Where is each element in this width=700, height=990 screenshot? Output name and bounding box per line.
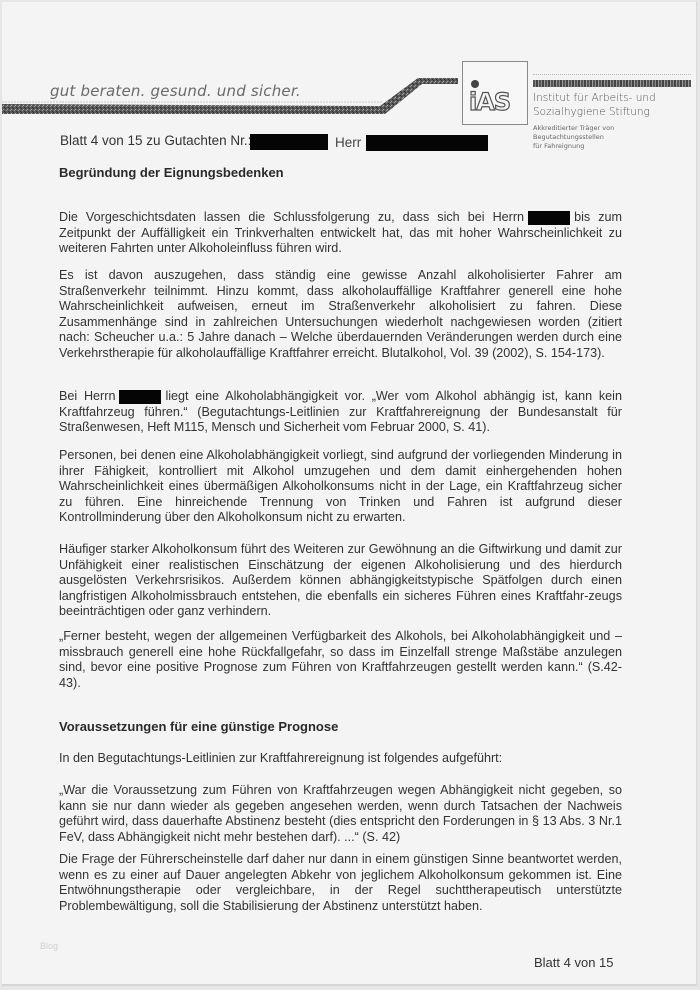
institute-bar (533, 80, 691, 87)
section-heading-prognose: Voraussetzungen für eine günstige Progno… (59, 719, 338, 734)
paragraph-9: Die Frage der Führerscheinstelle darf da… (59, 852, 622, 914)
ias-logo: iAS (462, 61, 528, 125)
institute-accreditation: Akkreditierter Träger von Begutachtungss… (533, 124, 614, 151)
redacted-name (366, 135, 488, 151)
header-slogan: gut beraten. gesund. und sicher. (50, 82, 301, 100)
paragraph-7: In den Begutachtungs-Leitlinien zur Kraf… (59, 751, 622, 767)
paragraph-8-quote: „War die Voraussetzung zum Führen von Kr… (59, 783, 622, 845)
institute-sub-line2: Begutachtungsstellen (533, 133, 614, 142)
institute-name-line1: Institut für Arbeits- und (533, 91, 656, 105)
page-number: Blatt 4 von 15 (534, 955, 614, 970)
paragraph-5: Häufiger starker Alkoholkonsum führt des… (59, 542, 622, 620)
paragraph-1: Die Vorgeschichtsdaten lassen die Schlus… (59, 210, 622, 257)
document-page: gut beraten. gesund. und sicher. iAS Ins… (2, 2, 697, 986)
redacted-report-number (250, 134, 328, 150)
sheet-reference: Blatt 4 von 15 zu Gutachten Nr.: (60, 133, 251, 148)
logo-text: iAS (469, 88, 510, 116)
redacted-name-inline (119, 390, 161, 404)
watermark-text: Blog (40, 941, 58, 951)
institute-name-line2: Sozialhygiene Stiftung (533, 105, 656, 119)
institute-sub-line1: Akkreditierter Träger von (533, 124, 614, 133)
institute-sub-line3: für Fahreignung (533, 142, 614, 151)
redacted-name-inline (528, 211, 570, 225)
institute-name: Institut für Arbeits- und Sozialhygiene … (533, 91, 656, 119)
herr-label: Herr (335, 135, 361, 150)
logo-dot-icon (471, 80, 479, 88)
paragraph-6-quote: „Ferner besteht, wegen der allgemeinen V… (59, 629, 622, 691)
paragraph-4: Personen, bei denen eine Alkoholabhängig… (59, 448, 622, 526)
section-heading-eignungsbedenken: Begründung der Eignungsbedenken (59, 165, 284, 180)
institute-divider (533, 74, 691, 75)
paragraph-1-before: Die Vorgeschichtsdaten lassen die Schlus… (59, 210, 524, 224)
paragraph-3-before: Bei Herrn (59, 389, 115, 403)
paragraph-3: Bei Herrnliegt eine Alkoholabhängigkeit … (59, 389, 622, 436)
paragraph-2: Es ist davon auszugehen, dass ständig ei… (59, 268, 622, 362)
